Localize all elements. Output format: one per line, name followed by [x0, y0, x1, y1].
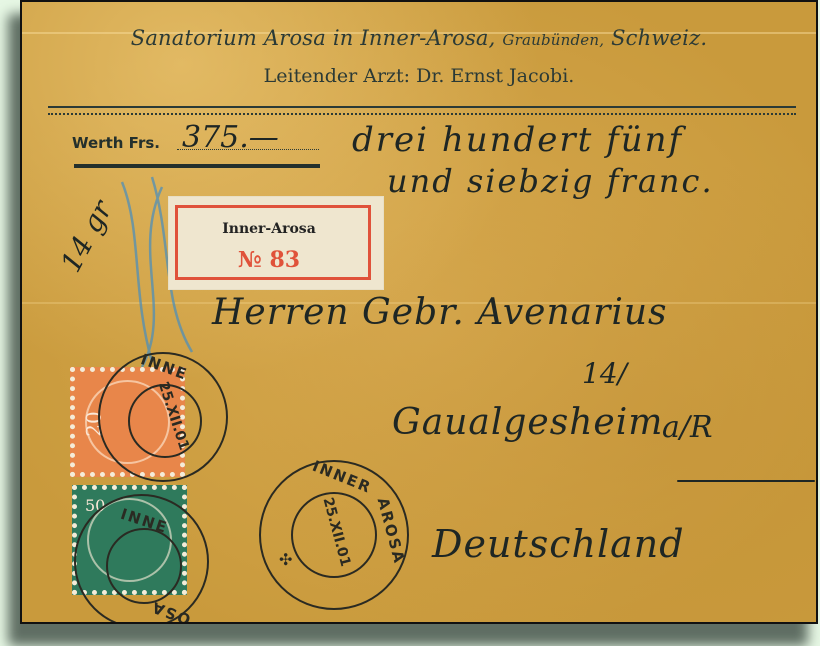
registration-number: № 83 [169, 247, 369, 273]
postmark-place: INNE [138, 350, 190, 384]
postmark-place-bottom: AROSA [374, 496, 409, 567]
star-icon: ✣ [279, 550, 292, 569]
value-label: Werth Frs. [72, 134, 160, 152]
letterhead-line2: Leitender Arzt: Dr. Ernst Jacobi. [22, 65, 816, 87]
value-amount: 375.— [182, 120, 279, 155]
address-number: 14/ [582, 357, 627, 390]
letterhead-line1: Sanatorium Arosa in Inner-Arosa, Graubün… [22, 26, 816, 50]
value-words-line2: und siebzig franc. [387, 162, 714, 200]
address-underline [677, 480, 815, 482]
address-town: Gaualgesheim [392, 402, 663, 443]
postmark-place-bottom: OSA [148, 598, 193, 624]
envelope: Sanatorium Arosa in Inner-Arosa, Graubün… [20, 0, 818, 624]
divider-wavy-rule [48, 110, 796, 115]
address-country: Deutschland [432, 522, 685, 566]
postmark-main: INNER AROSA 25.XII.01 ✣ [259, 460, 409, 610]
postmark-inner-ring [106, 528, 182, 604]
registration-office: Inner-Arosa [169, 221, 369, 237]
value-underline-bar [74, 164, 320, 168]
value-words-line1: drei hundert fünf [352, 120, 683, 160]
divider-rule [48, 106, 796, 108]
postmark-place-top: INNER [310, 457, 375, 497]
letterhead-region: Graubünden, [502, 31, 604, 49]
letterhead-institution: Sanatorium Arosa in Inner-Arosa, [131, 26, 496, 50]
address-recipient: Herren Gebr. Avenarius [212, 292, 668, 333]
postmark-stamp-20: INNE 25.XII.01 [98, 352, 228, 482]
address-town-suffix: a/R [662, 410, 713, 445]
registration-label: Inner-Arosa № 83 [169, 197, 383, 289]
postmark-stamp-50: INNE OSA [74, 494, 209, 624]
letterhead-country: Schweiz. [611, 26, 707, 50]
